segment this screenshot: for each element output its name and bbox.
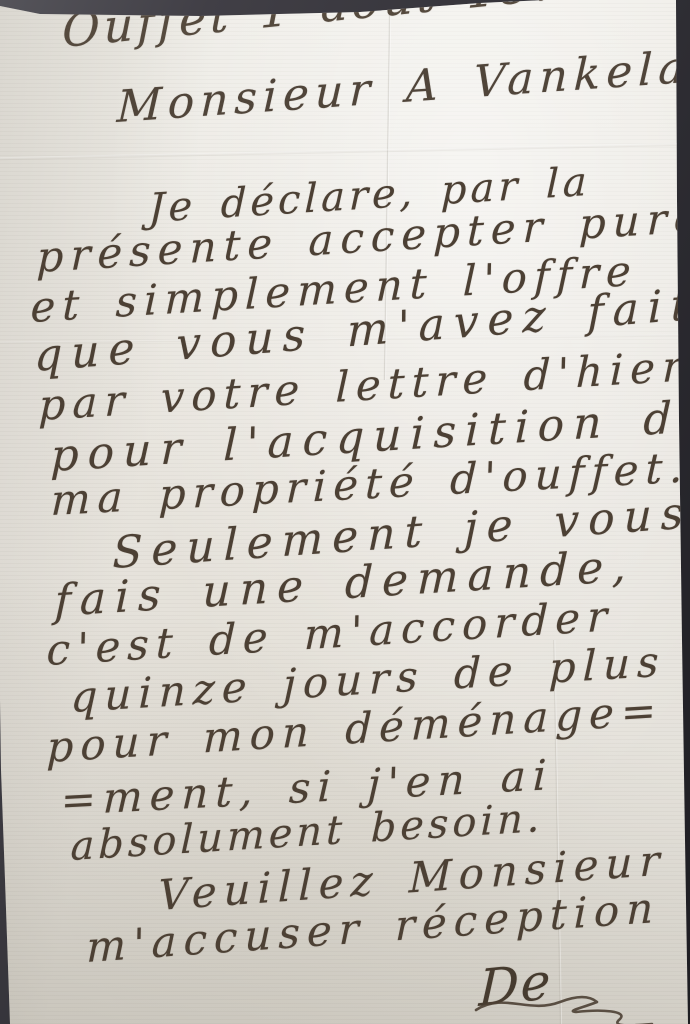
letter-paper: Ouffet 1 août 1877 Monsieur A Vankelaer … xyxy=(0,0,690,1024)
letter-salutation: Monsieur A Vankelaer xyxy=(116,38,690,133)
letter-photo: Ouffet 1 août 1877 Monsieur A Vankelaer … xyxy=(0,0,690,1024)
letter-dateline: Ouffet 1 août 1877 xyxy=(62,0,600,58)
signature: De xyxy=(478,952,553,1018)
paper-fold-horizontal xyxy=(0,143,690,160)
